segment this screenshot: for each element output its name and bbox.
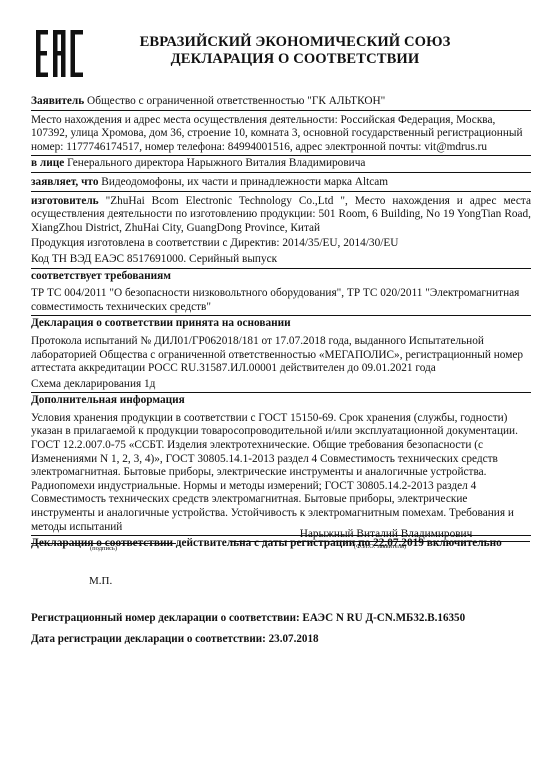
declares-label: заявляет, что — [31, 176, 98, 188]
additional-info-value: Условия хранения продукции в соответстви… — [31, 409, 531, 536]
registration-date: Дата регистрации декларации о соответств… — [31, 633, 319, 645]
declaration-scheme: Схема декларирования 1д — [31, 377, 531, 394]
name-line — [230, 541, 530, 542]
document-title: ЕВРАЗИЙСКИЙ ЭКОНОМИЧЕСКИЙ СОЮЗ ДЕКЛАРАЦИ… — [120, 34, 470, 68]
name-caption: (Ф.И.О. заявителя) — [230, 543, 530, 550]
declares-value: Видеодомофоны, их части и принадлежности… — [98, 176, 388, 188]
manufacturer-row: изготовитель "ZhuHai Bcom Electronic Tec… — [31, 192, 531, 237]
title-line-declaration: ДЕКЛАРАЦИЯ О СООТВЕТСТВИИ — [120, 51, 470, 68]
additional-info-label: Дополнительная информация — [31, 393, 531, 409]
requirements-label: соответствует требованиям — [31, 269, 531, 285]
applicant-label: Заявитель — [31, 95, 84, 107]
title-line-union: ЕВРАЗИЙСКИЙ ЭКОНОМИЧЕСКИЙ СОЮЗ — [120, 34, 470, 51]
test-protocol: Протокола испытаний № ДИЛ01/ГР062018/181… — [31, 332, 531, 377]
represented-value: Генерального директора Нарыжного Виталия… — [64, 157, 365, 169]
signature-line — [31, 543, 176, 544]
requirements-value: ТР ТС 004/2011 "О безопасности низковоль… — [31, 284, 531, 316]
signature-caption: (подпись) — [31, 545, 176, 552]
represented-label: в лице — [31, 157, 64, 169]
directives-line: Продукция изготовлена в соответствии с Д… — [31, 236, 531, 252]
declares-row: заявляет, что Видеодомофоны, их части и … — [31, 173, 531, 192]
stamp-placeholder: М.П. — [89, 575, 112, 587]
tn-ved-code: Код ТН ВЭД ЕАЭС 8517691000. Серийный вып… — [31, 252, 531, 269]
registration-number: Регистрационный номер декларации о соотв… — [31, 612, 465, 624]
manufacturer-value: "ZhuHai Bcom Electronic Technology Co.,L… — [31, 195, 531, 234]
signature-block: (подпись) — [31, 543, 176, 552]
applicant-name-block: Нарыжный Виталий Владимирович (Ф.И.О. за… — [230, 527, 530, 550]
basis-label: Декларация о соответствии принята на осн… — [31, 316, 531, 332]
eac-logo — [36, 30, 83, 77]
declaration-page: ЕВРАЗИЙСКИЙ ЭКОНОМИЧЕСКИЙ СОЮЗ ДЕКЛАРАЦИ… — [0, 0, 554, 784]
applicant-value: Общество с ограниченной ответственностью… — [84, 95, 385, 107]
declaration-body: Заявитель Общество с ограниченной ответс… — [31, 94, 531, 552]
applicant-row: Заявитель Общество с ограниченной ответс… — [31, 94, 531, 111]
applicant-address: Место нахождения и адрес места осуществл… — [31, 111, 531, 157]
manufacturer-label: изготовитель — [31, 195, 99, 207]
applicant-full-name: Нарыжный Виталий Владимирович — [242, 527, 530, 541]
eac-mark-icon — [36, 30, 83, 77]
represented-row: в лице Генерального директора Нарыжного … — [31, 156, 531, 173]
